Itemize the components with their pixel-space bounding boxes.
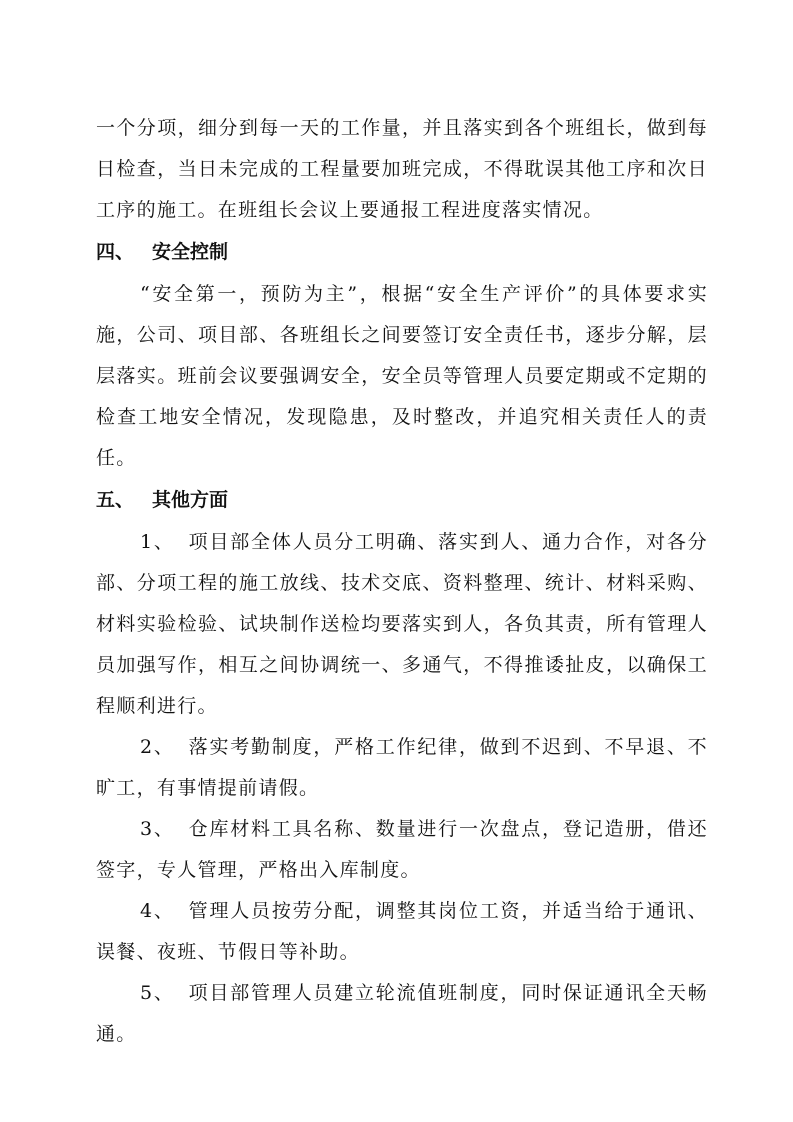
item-number: 2、 (140, 736, 175, 758)
item-number: 4、 (140, 900, 175, 922)
section-heading-other: 五、 其他方面 (96, 479, 708, 522)
safety-paragraph: “安全第一，预防为主”，根据“安全生产评价”的具体要求实施，公司、项目部、各班组… (96, 274, 708, 479)
list-item: 3、仓库材料工具名称、数量进行一次盘点，登记造册，借还签字，专人管理，严格出入库… (96, 809, 708, 891)
section-number: 五、 (96, 479, 152, 522)
item-text: 仓库材料工具名称、数量进行一次盘点，登记造册，借还签字，专人管理，严格出入库制度… (96, 818, 708, 881)
list-item: 1、项目部全体人员分工明确、落实到人、通力合作，对各分部、分项工程的施工放线、技… (96, 522, 708, 727)
list-item: 5、项目部管理人员建立轮流值班制度，同时保证通讯全天畅通。 (96, 973, 708, 1055)
section-heading-safety: 四、 安全控制 (96, 231, 708, 274)
item-text: 管理人员按劳分配，调整其岗位工资，并适当给于通讯、误餐、夜班、节假日等补助。 (96, 900, 708, 963)
document-page: 一个分项，细分到每一天的工作量，并且落实到各个班组长，做到每日检查，当日未完成的… (96, 108, 708, 1055)
item-number: 5、 (140, 982, 175, 1004)
item-text: 项目部管理人员建立轮流值班制度，同时保证通讯全天畅通。 (96, 982, 708, 1045)
item-text: 项目部全体人员分工明确、落实到人、通力合作，对各分部、分项工程的施工放线、技术交… (96, 531, 708, 717)
intro-paragraph: 一个分项，细分到每一天的工作量，并且落实到各个班组长，做到每日检查，当日未完成的… (96, 108, 708, 231)
item-text: 落实考勤制度，严格工作纪律，做到不迟到、不早退、不旷工，有事情提前请假。 (96, 736, 708, 799)
item-number: 1、 (140, 531, 175, 553)
section-title: 其他方面 (152, 479, 228, 522)
section-number: 四、 (96, 231, 152, 274)
section-title: 安全控制 (152, 231, 228, 274)
item-number: 3、 (140, 818, 175, 840)
list-item: 2、落实考勤制度，严格工作纪律，做到不迟到、不早退、不旷工，有事情提前请假。 (96, 727, 708, 809)
list-item: 4、管理人员按劳分配，调整其岗位工资，并适当给于通讯、误餐、夜班、节假日等补助。 (96, 891, 708, 973)
